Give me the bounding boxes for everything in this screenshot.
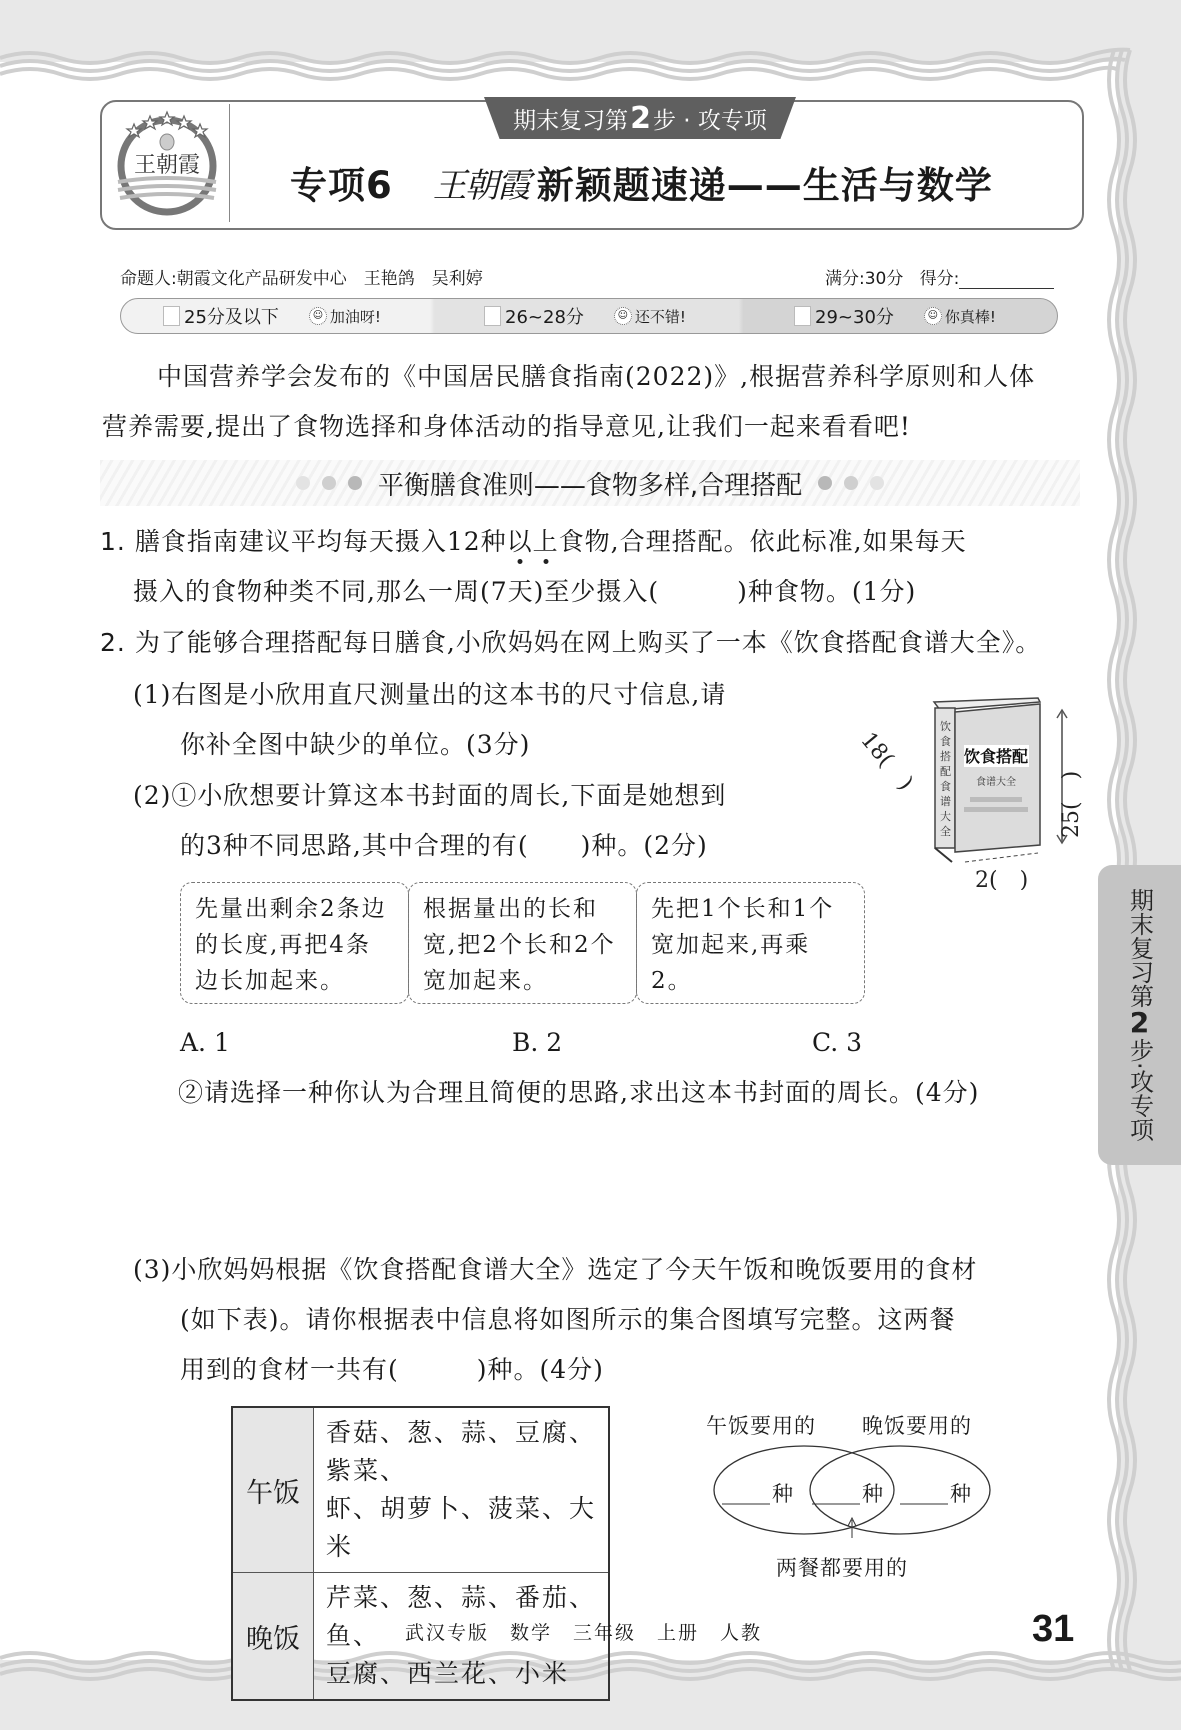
decor-dots-left: [296, 476, 362, 490]
choice-b[interactable]: B. 2: [512, 1022, 562, 1064]
q1-emphasis-1: 以: [507, 527, 533, 556]
items-line: 豆腐、西兰花、小米: [326, 1655, 596, 1693]
logo-divider: [229, 104, 230, 222]
q2-part1-line1: (1)右图是小欣用直尺测量出的这本书的尺寸信息,请: [133, 670, 726, 720]
q1-text-b: 食物,合理搭配。依此标准,如果每天: [559, 527, 967, 556]
rating-range: 29~30分: [815, 303, 894, 329]
full-score: 满分:30分: [825, 269, 903, 289]
meal-cell: 午饭: [232, 1407, 314, 1573]
venn-unit-middle: 种: [862, 1478, 884, 1508]
q2-part3-line2: (如下表)。请你根据表中信息将如图所示的集合图填写完整。这两餐: [180, 1295, 956, 1345]
rating-range: 26~28分: [505, 303, 584, 329]
footer-text: 武汉专版 数学 三年级 上册 人教: [405, 1618, 762, 1645]
svg-text:王朝霞: 王朝霞: [134, 153, 200, 178]
q2-part2-sub2: ②请选择一种你认为合理且简便的思路,求出这本书封面的周长。(4分): [178, 1068, 979, 1118]
title-signature: 王朝霞: [433, 158, 529, 207]
table-row: 午饭 香菇、葱、蒜、豆腐、紫菜、 虾、胡萝卜、菠菜、大米: [232, 1407, 609, 1573]
idea-box-3: 先把1个长和1个宽加起来,再乘2。: [636, 882, 865, 1004]
rating-praise: 还不错!: [635, 306, 686, 327]
section-heading: 平衡膳食准则——食物多样,合理搭配: [100, 460, 1080, 506]
q2-stem: 2. 为了能够合理搭配每日膳食,小欣妈妈在网上购买了一本《饮食搭配食谱大全》。: [100, 618, 1041, 668]
choice-a[interactable]: A. 1: [180, 1022, 230, 1064]
score-line: 满分:30分 得分:: [825, 264, 1054, 289]
decor-dots-right: [818, 476, 884, 490]
q1-emphasis-2: 上: [533, 527, 559, 556]
venn-unit-right: 种: [950, 1478, 972, 1508]
idea-box-1: 先量出剩余2条边的长度,再把4条边长加起来。: [180, 882, 409, 1004]
rating-range: 25分及以下: [184, 303, 279, 329]
book-diagram: 饮食搭配 食谱大全 饮食搭配食谱大全 25( ) 2( ) 18( ): [840, 690, 1090, 890]
q1-line-2: 摄入的食物种类不同,那么一周(7天)至少摄入( )种食物。(1分): [133, 567, 916, 617]
rating-segment-3: 29~30分 ☺ 你真棒!: [794, 299, 996, 333]
items-line: 虾、胡萝卜、菠菜、大米: [326, 1490, 596, 1566]
intro-line-2: 营养需要,提出了食物选择和身体活动的指导意见,让我们一起来看看吧!: [102, 402, 911, 452]
items-line: 香菇、葱、蒜、豆腐、紫菜、: [326, 1414, 596, 1490]
venn-unit-left: 种: [772, 1478, 794, 1508]
score-label: 得分:: [920, 269, 960, 289]
side-tab-suffix: 步·攻专项: [1125, 1038, 1155, 1142]
q1-line-1: 1. 膳食指南建议平均每天摄入12种以上食物,合理搭配。依此标准,如果每天: [100, 517, 967, 567]
svg-text:2( ): 2( ): [975, 868, 1028, 890]
svg-text:25( ): 25( ): [1059, 771, 1084, 838]
side-tab-prefix: 期末复习第: [1125, 888, 1155, 1008]
q2-part2-line1: (2)①小欣想要计算这本书封面的周长,下面是她想到: [133, 771, 726, 821]
svg-text:饮食搭配: 饮食搭配: [964, 747, 1028, 766]
choice-c[interactable]: C. 3: [812, 1022, 862, 1064]
step-banner: 期末复习第2步 · 攻专项: [484, 97, 796, 139]
page-title: 专项6 王朝霞 新颖题速递——生活与数学: [290, 150, 1070, 214]
venn-left-label: 午饭要用的: [706, 1410, 816, 1440]
items-cell: 香菇、葱、蒜、豆腐、紫菜、 虾、胡萝卜、菠菜、大米: [314, 1407, 610, 1573]
brand-logo-icon: 王朝霞: [108, 104, 226, 222]
rating-praise: 加油呀!: [330, 306, 381, 327]
section-title: 平衡膳食准则——食物多样,合理搭配: [378, 465, 802, 502]
answer-space[interactable]: [180, 1120, 1060, 1240]
smiley-icon: ☺: [614, 307, 632, 325]
svg-text:18( ): 18( ): [855, 728, 917, 796]
rating-checkbox[interactable]: [484, 306, 501, 326]
svg-text:食谱大全: 食谱大全: [976, 775, 1016, 788]
side-tab: 期末复习第 2 步·攻专项: [1098, 865, 1181, 1165]
q2-part3-line3: 用到的食材一共有( )种。(4分): [180, 1345, 604, 1395]
page-number: 31: [1032, 1608, 1074, 1651]
q2-part2-line2: 的3种不同思路,其中合理的有( )种。(2分): [180, 821, 708, 871]
q2-part1-line2: 你补全图中缺少的单位。(3分): [180, 720, 530, 770]
side-tab-step: 2: [1130, 1008, 1149, 1038]
author-line: 命题人:朝霞文化产品研发中心 王艳鸽 吴利婷: [120, 264, 483, 289]
venn-right-label: 晚饭要用的: [862, 1410, 972, 1440]
score-blank[interactable]: [959, 272, 1054, 289]
rating-checkbox[interactable]: [794, 306, 811, 326]
title-prefix: 专项6: [290, 155, 393, 209]
title-main: 新颖题速递——生活与数学: [537, 155, 993, 209]
q2-part3-line1: (3)小欣妈妈根据《饮食搭配食谱大全》选定了今天午饭和晚饭要用的食材: [133, 1245, 977, 1295]
rating-segment-2: 26~28分 ☺ 还不错!: [484, 299, 686, 333]
meal-cell: 晚饭: [232, 1573, 314, 1701]
q1-text-a: 膳食指南建议平均每天摄入12种: [135, 527, 507, 556]
banner-suffix: 步 · 攻专项: [653, 102, 767, 135]
top-wave-border: [0, 40, 1181, 90]
idea-box-2: 根据量出的长和宽,把2个长和2个宽加起来。: [408, 882, 637, 1004]
score-rating-bar: 25分及以下 ☺ 加油呀! 26~28分 ☺ 还不错! 29~30分 ☺ 你真棒…: [120, 298, 1058, 334]
q2-stem-text: 为了能够合理搭配每日膳食,小欣妈妈在网上购买了一本《饮食搭配食谱大全》。: [135, 628, 1041, 657]
rating-checkbox[interactable]: [163, 306, 180, 326]
venn-bottom-label: 两餐都要用的: [776, 1552, 908, 1582]
q2-number: 2.: [100, 628, 126, 657]
intro-line-1: 中国营养学会发布的《中国居民膳食指南(2022)》,根据营养科学原则和人体: [157, 352, 1035, 402]
banner-step: 2: [630, 101, 651, 136]
banner-prefix: 期末复习第: [513, 102, 628, 135]
rating-segment-1: 25分及以下 ☺ 加油呀!: [163, 299, 381, 333]
smiley-icon: ☺: [924, 307, 942, 325]
food-table: 午饭 香菇、葱、蒜、豆腐、紫菜、 虾、胡萝卜、菠菜、大米 晚饭 芹菜、葱、蒜、番…: [231, 1406, 610, 1701]
rating-praise: 你真棒!: [945, 306, 996, 327]
q1-number: 1.: [100, 527, 126, 556]
smiley-icon: ☺: [309, 307, 327, 325]
